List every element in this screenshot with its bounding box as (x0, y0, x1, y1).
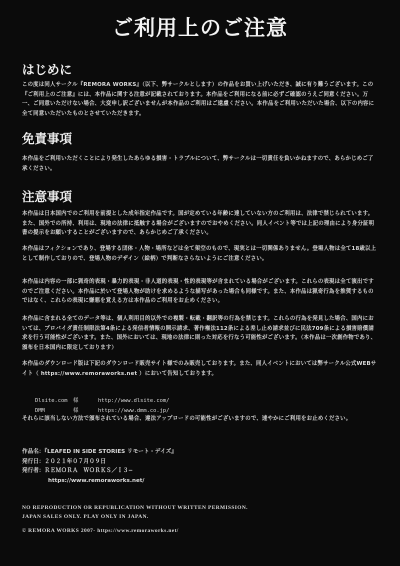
release-date: 発行日：２０２１年０７月０９日 (22, 458, 177, 468)
notes-closing: それらに該当しない方法で頒布されている場合、違法アップロードの可能性がございます… (22, 415, 378, 425)
colophon: 作品名：『LEAFED IN SIDE STORIES リモート・デイズ』 発行… (22, 448, 177, 486)
heading-introduction: はじめに (22, 60, 72, 78)
legal-line-1: NO REPRODUCTION OR REPUBLICATION WITHOUT… (22, 504, 248, 513)
copyright-line: © REMORA WORKS 2007- https://www.remoraw… (22, 527, 248, 536)
page-title: ご利用上のご注意 (0, 12, 400, 42)
work-title: 作品名：『LEAFED IN SIDE STORIES リモート・デイズ』 (22, 448, 177, 458)
publisher-url-link[interactable]: https://www.remoraworks.net/ (22, 477, 177, 487)
publisher: 発行者：ＲＥＭＯＲＡ ＷＯＲＫＳ／Ｉ３− (22, 467, 177, 477)
shop-url-link[interactable]: https://www.dmm.co.jp/ (98, 408, 169, 414)
heading-notes: 注意事項 (22, 187, 72, 205)
disclaimer-paragraph: 本作品をご利用いただくことにより発生したあらゆる損害・トラブルについて、弊サーク… (22, 155, 378, 174)
shop-name: DMM (35, 408, 73, 414)
notice-page: ご利用上のご注意 はじめに この度は同人サークル『REMORA WORKS』（以… (0, 0, 400, 566)
notes-paragraph-distribution: 本作品のダウンロード版は下記のダウンロード販売サイト様でのみ販売しております。ま… (22, 360, 378, 379)
legal-notice: NO REPRODUCTION OR REPUBLICATION WITHOUT… (22, 504, 248, 536)
notes-paragraph-age: 本作品は日本国内でのご利用を前提とした成年指定作品です。国が定めている年齢に達し… (22, 210, 378, 239)
intro-paragraph: この度は同人サークル『REMORA WORKS』（以下、弊サークルとします）の作… (22, 81, 378, 120)
legal-line-2: JAPAN SALES ONLY. PLAY ONLY IN JAPAN. (22, 513, 248, 522)
shop-suffix: 様 (73, 406, 98, 414)
notes-paragraph-fiction: 本作品はフィクションであり、登場する団体・人物・場所などは全て架空のもので、現実… (22, 245, 378, 264)
notes-paragraph-content: 本作品は内容の一部に猟奇的表現・暴力的表現・非人道的表現・性的表現等が含まれてい… (22, 278, 378, 307)
heading-disclaimer: 免責事項 (22, 129, 72, 147)
notes-paragraph-copyright: 本作品に含まれる全てのデータ等は、個人利用目的以外での複製・転載・翻訳等の行為を… (22, 315, 378, 354)
